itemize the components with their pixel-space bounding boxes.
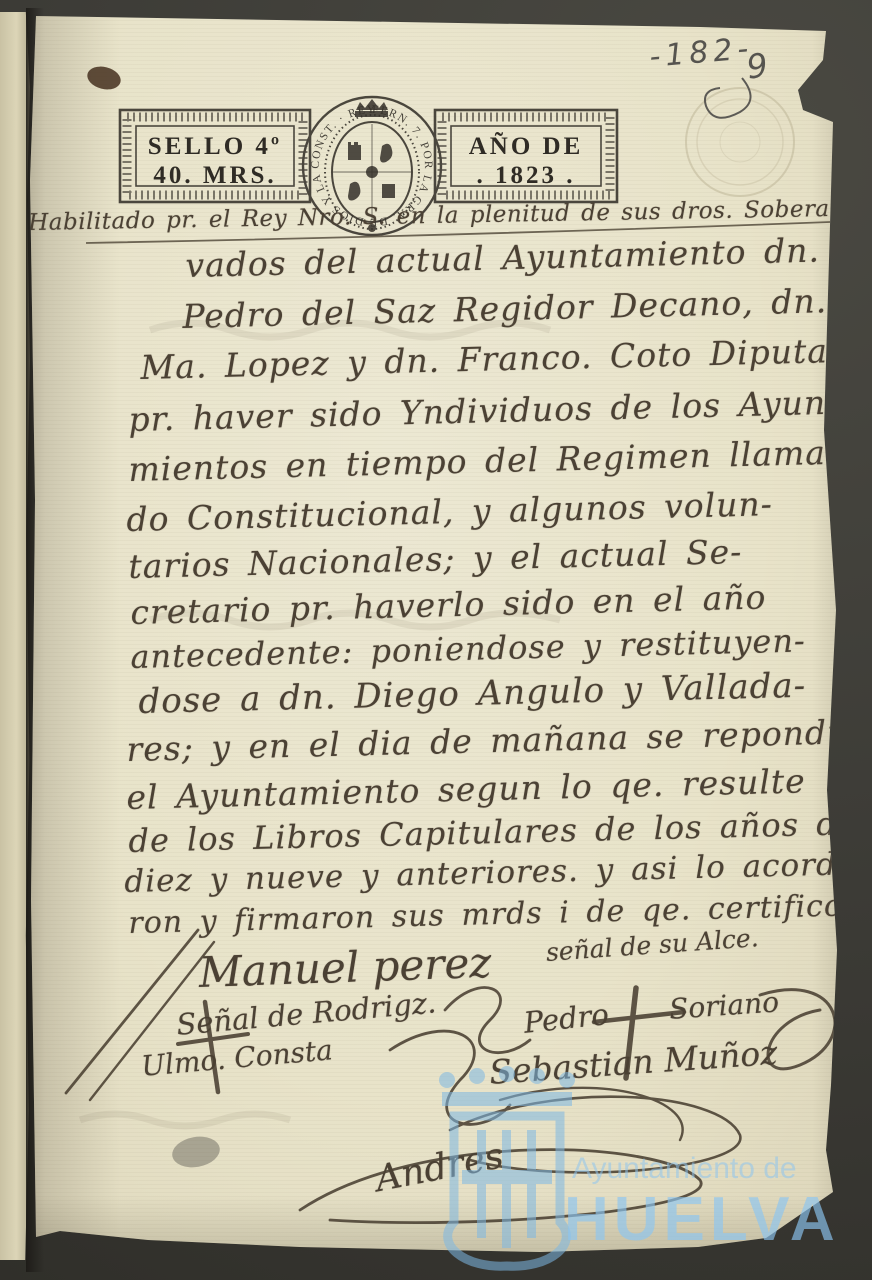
stamp-year-line: . 1823 . xyxy=(477,162,576,189)
signature-soriano: Soriano xyxy=(668,985,780,1026)
manuscript-line: tarios Nacionales; y el actual Se- xyxy=(128,532,743,586)
manuscript-line: mientos en tiempo del Regimen llama- xyxy=(128,433,839,489)
manuscript-line: dose a dn. Diego Angulo y Vallada- xyxy=(138,666,807,722)
scanned-document-photo: -182- 9 xyxy=(0,0,872,1280)
page-number-suffix: 9 xyxy=(744,45,770,87)
manuscript-page: -182- 9 xyxy=(0,0,872,1280)
signature-sebastian-munoz: Sebastian Muñoz xyxy=(488,1033,779,1092)
page-number-flourish xyxy=(705,78,751,118)
manuscript-line: pr. haver sido Yndividuos de los Ayunta- xyxy=(128,382,872,439)
habilitation-line: Habilitado pr. el Rey Nro. S. en la plen… xyxy=(28,195,872,236)
signature-andres: Andres xyxy=(372,1135,507,1200)
stamp-mrs-line: 40. MRS. xyxy=(153,162,276,189)
manuscript-line: Ma. Lopez y dn. Franco. Coto Diputados, xyxy=(140,329,872,387)
stamp-sello-line: SELLO 4º xyxy=(148,133,282,160)
watermark-huelva-text: HUELVA xyxy=(564,1184,840,1255)
page-number: -182- xyxy=(648,31,755,75)
signature-manuel-perez: Manuel perez xyxy=(198,938,492,997)
embossed-seal xyxy=(686,88,794,196)
signature-ulmo-consta: Ulmo. Consta xyxy=(140,1033,334,1083)
manuscript-line: Pedro del Saz Regidor Decano, dn. Jose xyxy=(182,279,872,336)
watermark-ayuntamiento-text: Ayuntamiento de xyxy=(572,1152,797,1186)
manuscript-line: res; y en el dia de mañana se repondrá xyxy=(126,712,865,769)
ink-blot xyxy=(85,63,123,93)
stamp-ano-line: AÑO DE xyxy=(469,132,584,160)
signature-pedro: Pedro xyxy=(522,997,610,1040)
manuscript-line: vados del actual Ayuntamiento dn. xyxy=(185,230,820,284)
ink-smudge xyxy=(170,1133,222,1171)
manuscript-line: do Constitucional, y algunos volun- xyxy=(126,484,773,539)
